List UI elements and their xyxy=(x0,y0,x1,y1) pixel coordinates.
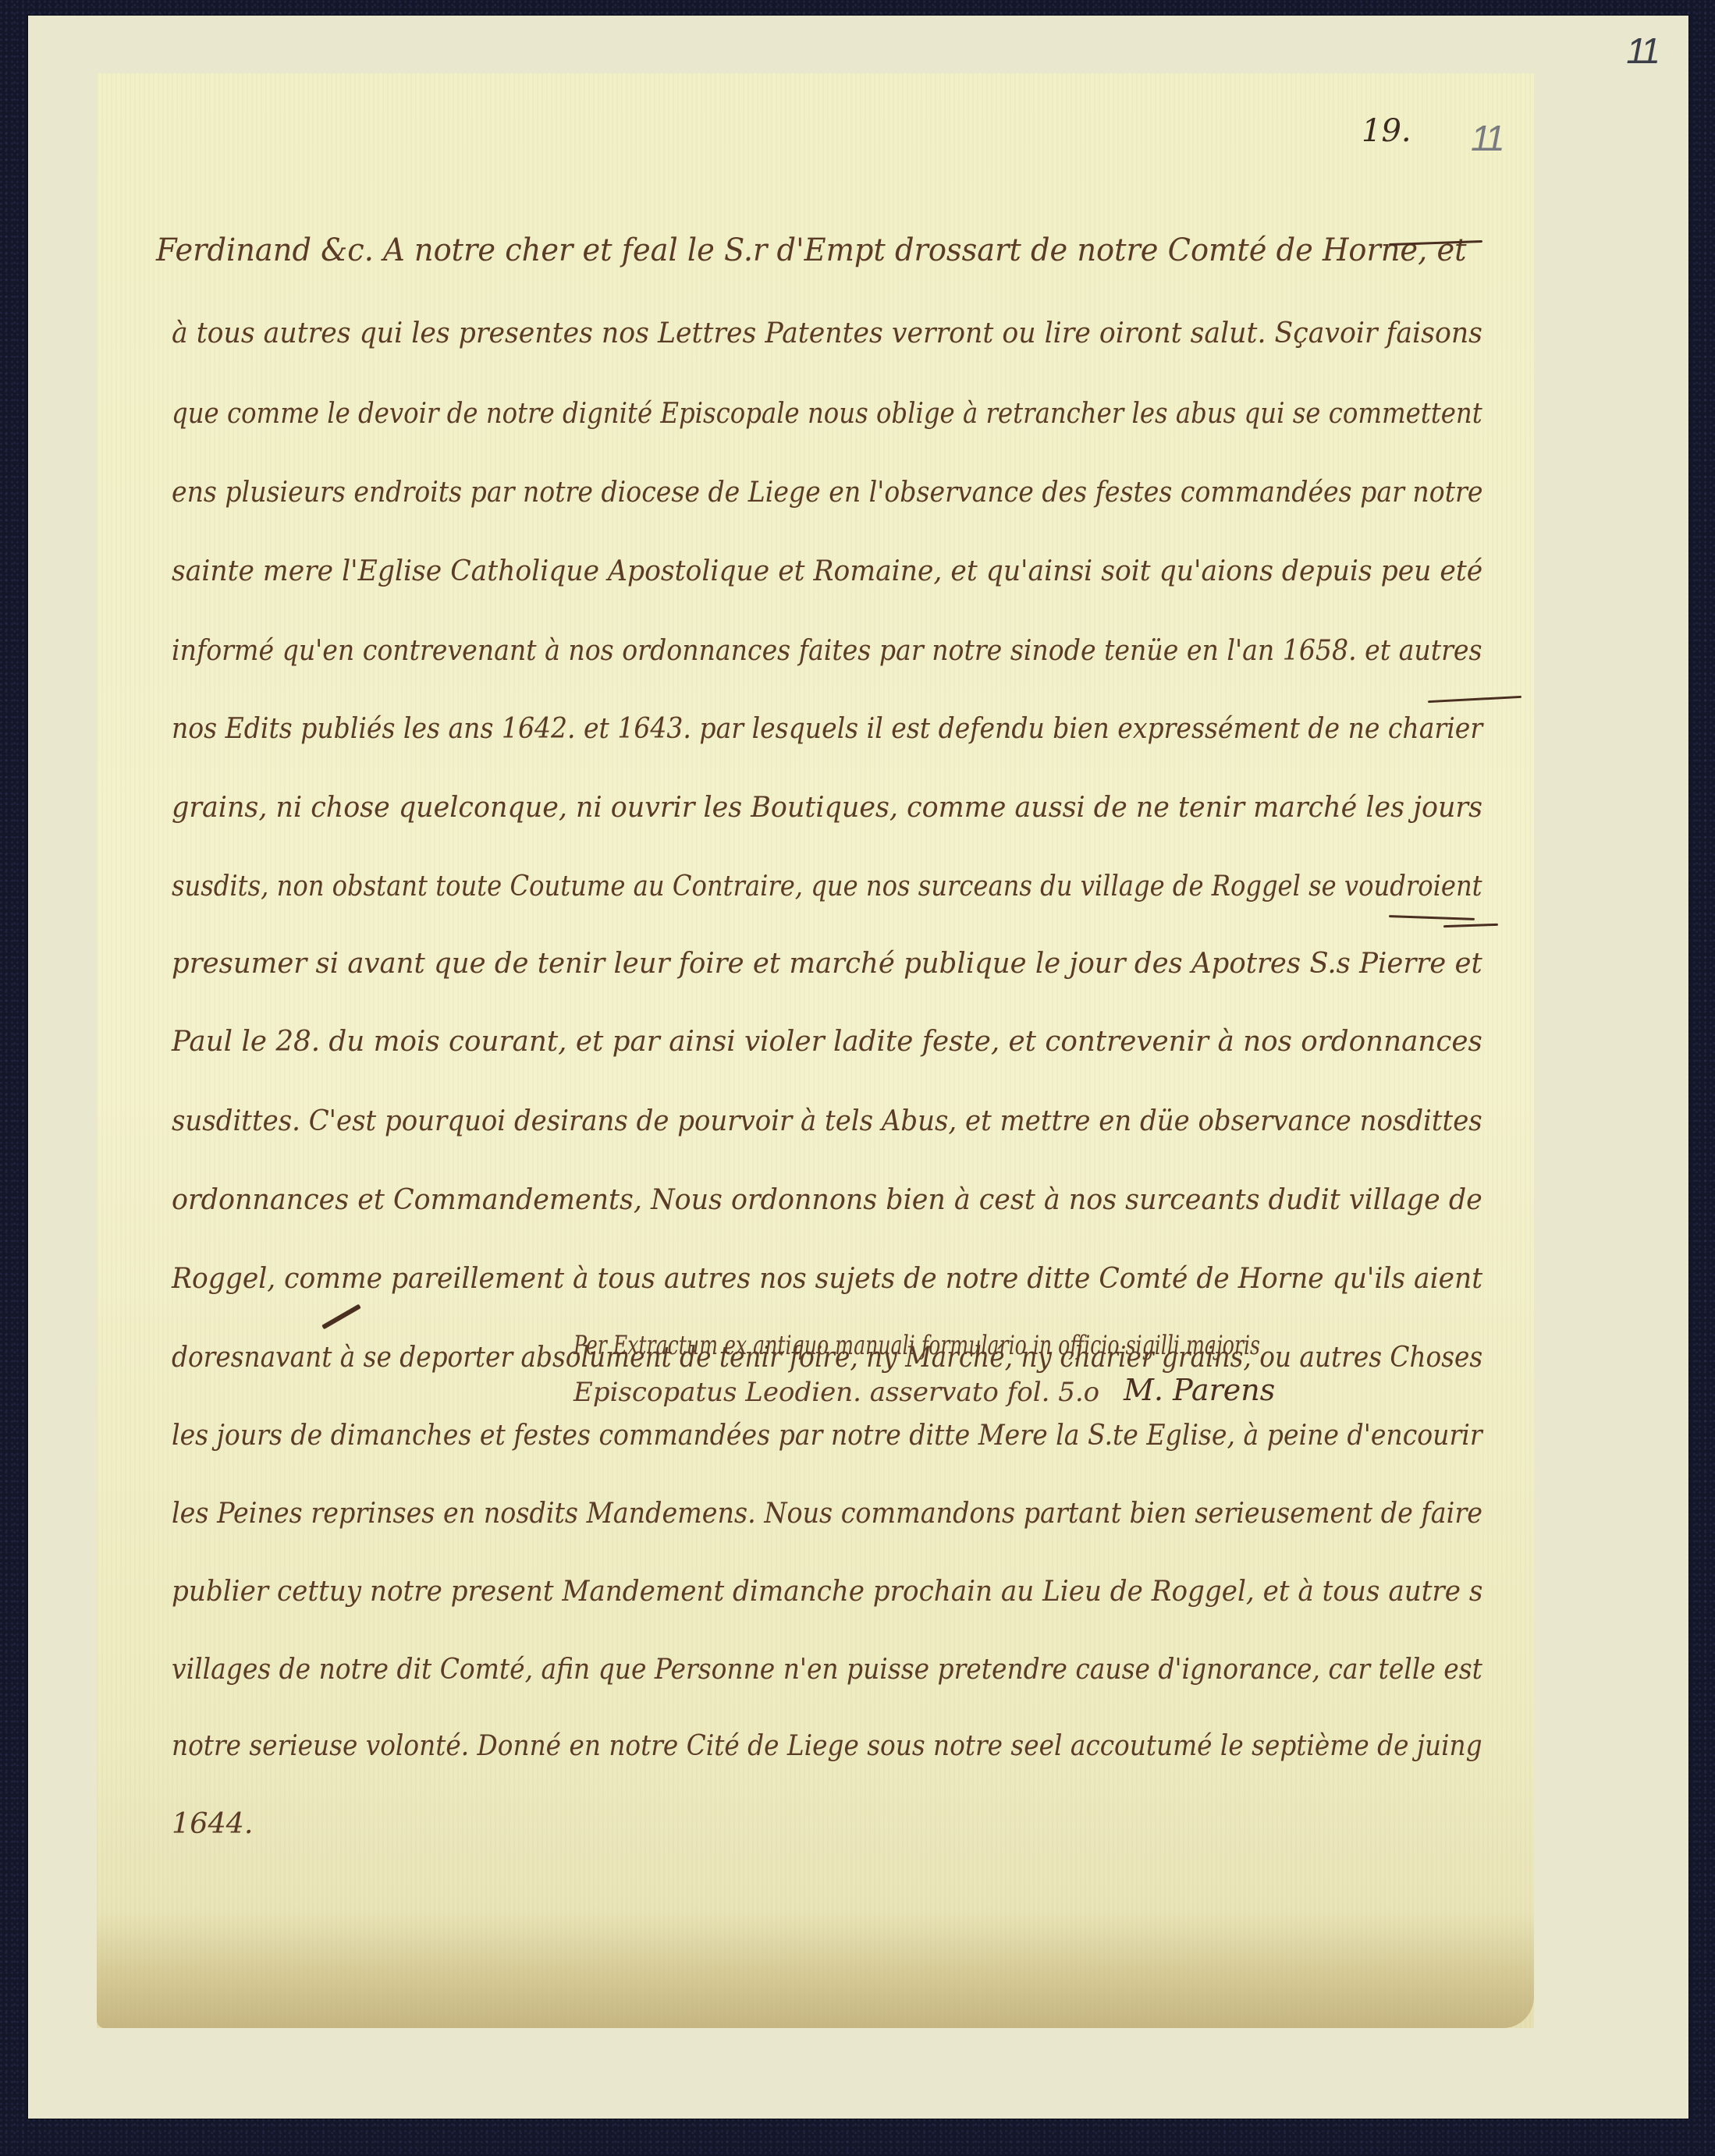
postscript-line: Per Extractum ex antiquo manuali formula… xyxy=(573,1330,1260,1361)
folio-number-ink: 19. xyxy=(1362,113,1411,149)
folio-number-pencil-outer: 11 xyxy=(1626,30,1657,72)
signature: M. Parens xyxy=(1124,1373,1275,1407)
postscript-line: Episcopatus Leodien. asservato fol. 5.o xyxy=(573,1377,1099,1408)
folio-number-pencil-inner: 11 xyxy=(1471,117,1502,159)
water-stain xyxy=(97,1911,1534,2028)
